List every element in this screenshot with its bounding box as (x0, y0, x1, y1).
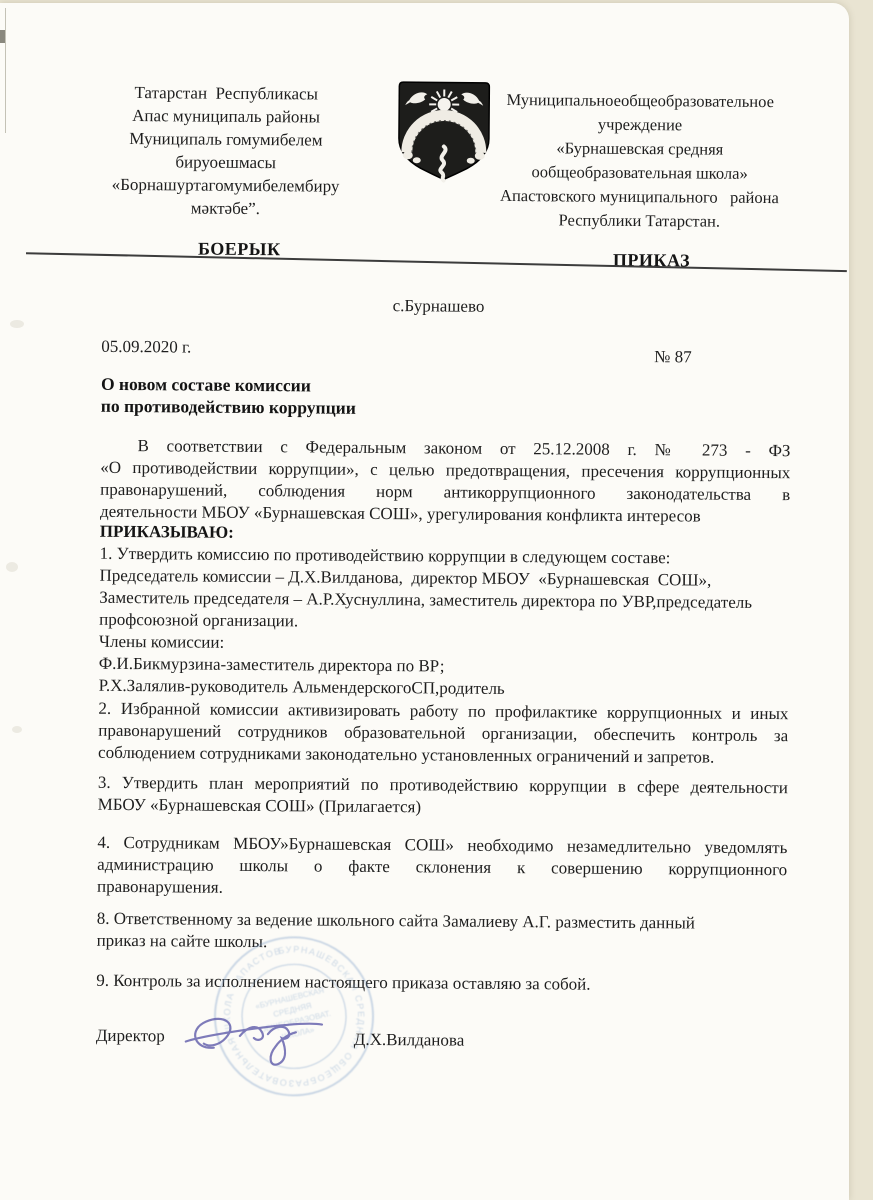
scanned-document: { "header": { "left_lines": [ "Татарстан… (0, 0, 873, 1200)
text-line: по противодействию коррупции (101, 395, 501, 420)
item-1-commission: 1. Утвердить комиссию по противодействию… (99, 543, 790, 702)
text-line: Муниципальноеобщеобразовательное (489, 88, 791, 114)
letterhead-russian: Муниципальноеобщеобразовательноеучрежден… (488, 88, 791, 234)
signatory-role: Директор (96, 1026, 165, 1047)
text-line: Республики Татарстан. (488, 208, 790, 234)
text-line: бируоешмасы (95, 150, 357, 175)
signature-scribble (180, 989, 351, 1075)
item-8: 8. Ответственному за ведение школьного с… (97, 908, 787, 957)
item-4: 4. Сотрудникам МБОУ»Бурнашевская СОШ» не… (97, 832, 787, 903)
header-divider-line (26, 252, 847, 272)
text-line: О новом составе комиссии (101, 373, 501, 398)
item-3: 3. Утвердить план мероприятий по противо… (98, 772, 788, 821)
text-line: мәктәбе”. (94, 196, 356, 221)
document-content: Татарстан РеспубликасыАпас муниципаль ра… (0, 0, 873, 1200)
order-subject: О новом составе комиссиипо противодейств… (101, 373, 501, 420)
text-line: «Бурнашевская средняя (489, 136, 791, 162)
text-line: Апас муниципаль районы (95, 104, 357, 129)
date-line: 05.09.2020 г. (101, 337, 191, 358)
text-line: Татарстан Республикасы (95, 81, 357, 106)
item-2: 2. Избранной комиссии активизировать раб… (98, 698, 788, 769)
letterhead-tatar: Татарстан РеспубликасыАпас муниципаль ра… (94, 81, 357, 221)
signatory-name: Д.Х.Вилданова (354, 1030, 465, 1051)
text-line: ообщеобразовательная школа» (489, 160, 791, 186)
text-line: Апастовского муниципального района (488, 184, 790, 210)
text-line: Муниципаль гомумибелем (95, 127, 357, 152)
order-number: № 87 (654, 347, 692, 367)
place-line: с.Бурнашево (393, 296, 485, 317)
preamble-paragraph: В соответствии с Федеральным законом от … (100, 435, 791, 528)
text-line: «Борнашуртагомумибелембиру (94, 173, 356, 198)
coat-of-arms-icon (397, 80, 492, 186)
text-line: соблюдением сотрудниками законодательно … (98, 742, 788, 769)
text-line: учреждение (489, 112, 791, 138)
